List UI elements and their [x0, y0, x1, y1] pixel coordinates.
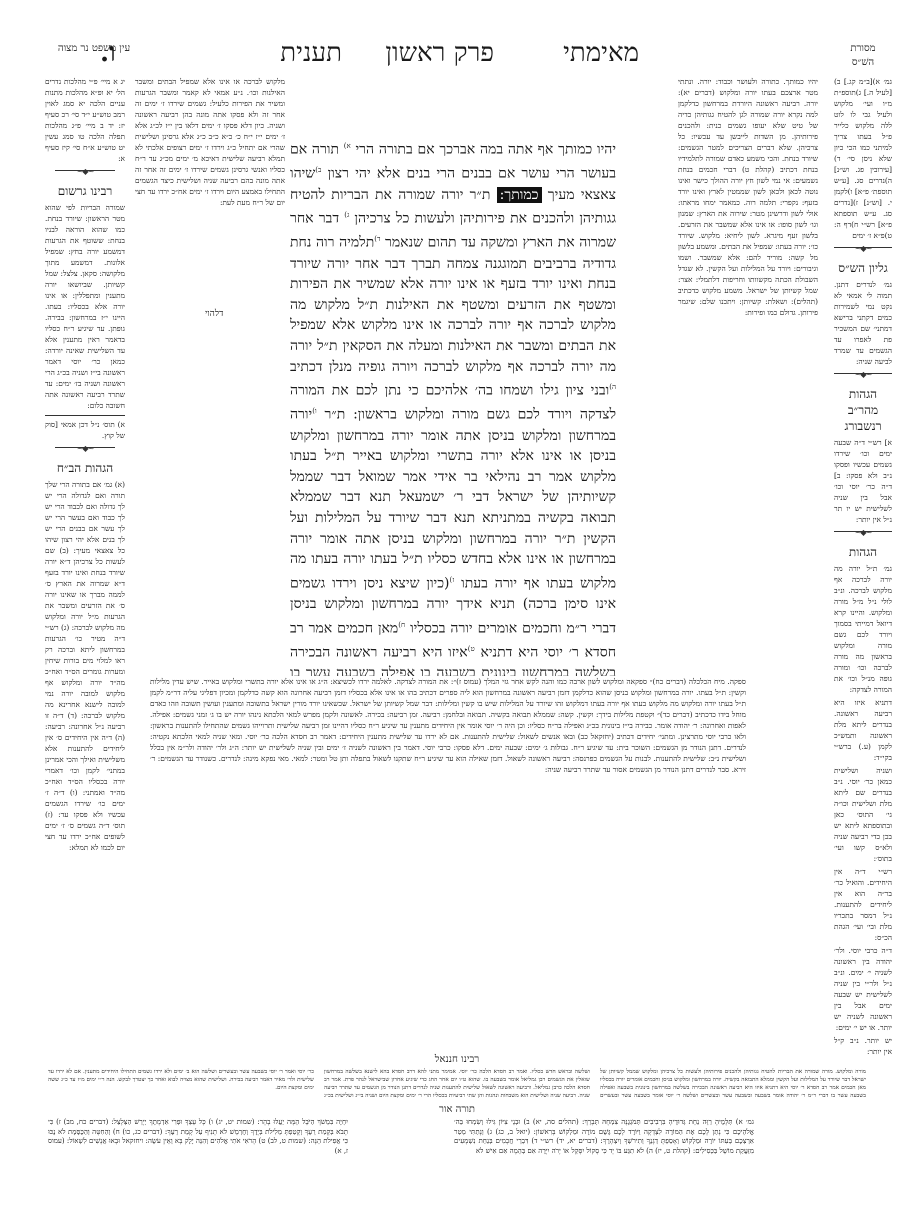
- footnote-marker: ט): [468, 645, 475, 653]
- gemara-segment: ובני ציון גילו ושמחו בה׳ אלהיכם כי נתן ל…: [290, 383, 616, 423]
- talmud-page: מסורת השׁ״ס מאימתי פרק ראשון תענית ו. עי…: [0, 0, 914, 1213]
- rabbeinu-gershom-footnote: א) תוס׳ נ״ל דכן אמאי [סוק של קוץ.: [45, 415, 125, 441]
- hagahot-maharav-title: הגהות מהר״ב רנשבורג: [834, 386, 892, 434]
- perek-label: פרק ראשון: [385, 38, 494, 68]
- tosafot-text: מלקוש לברכה או אינו אלא שמפיל הבתים ומשב…: [135, 76, 285, 208]
- torah-or-left: יִחְיֶה בִּמְשֹׁךְ הַיֹּבֵל הֵמָּה יַעֲל…: [48, 1118, 348, 1156]
- divider-ornament: ~◆~: [45, 170, 125, 177]
- divider-ornament: ~◆~: [45, 447, 125, 454]
- hagahot-item: ושניה ושלישית כמאן כר׳ יוסי. נ״ב בנדרים …: [834, 765, 892, 864]
- hagahot-item: דתניא איזו היא רביעה ראשונה. בנדרים ליתא…: [834, 697, 892, 763]
- hagahot-title: הגהות: [834, 544, 892, 560]
- torah-or-title: תורה אור: [0, 1104, 914, 1115]
- hagahot-item: רש״י ד״ה אין היחידים. והואיל כר׳ בר״ה הו…: [834, 866, 892, 943]
- ein-mishpat-text: יג א מיי׳ פ״י מהלכות נדרים הל׳ יא ופ״א מ…: [45, 76, 125, 164]
- gemara-segment: תלמיה רוה נחת גדודיה ברביבים תמוגגנה צמח…: [290, 235, 616, 375]
- divider-ornament: ~◆~: [834, 373, 892, 380]
- footnote-marker: א): [344, 142, 351, 150]
- tosafot-catchword: דלהוי: [205, 308, 223, 319]
- divider-ornament: ~◆~: [834, 247, 892, 254]
- left-sidebar: יג א מיי׳ פ״י מהלכות נדרים הל׳ יא ופ״א מ…: [45, 76, 125, 1046]
- ein-mishpat-heading: עין משפט נר מצוה: [54, 42, 134, 56]
- rabbeinu-chananel-title: רבינו חננאל: [0, 1054, 914, 1065]
- hagahot-item: ד״ה כרבי יוסי. ולר׳ יהודה בין ראשונה לשנ…: [834, 945, 892, 1033]
- chapter-name: מאימתי: [563, 38, 639, 68]
- masoret-hashas-heading: מסורת השׁ״ס: [838, 42, 888, 70]
- hagahot-maharav-text: א] רש״י ד״ה שבעה ימים וכו׳ שירדו גשמים ע…: [834, 437, 892, 525]
- divider-ornament: ~◆~: [834, 531, 892, 538]
- highlighted-word: כמותך:: [497, 187, 542, 203]
- tractate-name: תענית: [280, 38, 342, 68]
- rashi-text: יהיו כמותך. כתורה ולעושר וכבוד: יורה. ונ…: [678, 76, 818, 318]
- rabbeinu-gershom-text: שמורה הבריות לפי שהוא מטר הראשון: שיורד …: [45, 202, 125, 411]
- lower-commentary-text: ספקה. מיח הכלכלה (דברים כח)״ ספקאה ומלקו…: [150, 676, 746, 775]
- torah-or-right: גמ׳ א) תְּלָמֶיהָ רַוֵּה נַחֵת גְּדוּדֶי…: [454, 1118, 754, 1156]
- hagahot-item: יש יותר. נ״ב ק״ל אין יותר:: [834, 1035, 892, 1056]
- hagahot-item: גמ׳ ת״ל יורה מה יורה לברכה אף מלקוש לברכ…: [834, 563, 892, 695]
- rabbeinu-gershom-title: רבינו גרשום: [45, 183, 125, 199]
- hagahot-habach-text: (א) גמ׳ אם בתורה הרי שלך תורה ואם לגדולה…: [45, 479, 125, 853]
- masoret-hashas-text: גמ׳ א)[ב״מ קג.] ב)[לעיל ה.] ג)תוספ״ת מ״ו…: [834, 76, 892, 241]
- gilyon-hashas-text: גמ׳ לנדרים דתנן. תמוה לי אמאי לא נקט נמי…: [834, 279, 892, 367]
- gemara-segment: יורה במרחשון ומלקוש בניסן אתה אומר יורה …: [290, 407, 616, 591]
- rashi-commentary: יהיו כמותך. כתורה ולעושר וכבוד: יורה. ונ…: [678, 76, 818, 766]
- rabbeinu-chananel-text: מורה ומלקוש. מורה שמורה את הבריות להטיח …: [48, 1068, 866, 1100]
- gemara-text: יהיו כמותך אף אתה במה אברכך אם בתורה הרי…: [290, 136, 616, 676]
- gilyon-hashas-title: גליון הש״ס: [834, 260, 892, 276]
- gemara-segment: יהיו כמותך אף אתה במה אברכך אם בתורה הרי: [351, 142, 616, 158]
- tosafot-commentary: מלקוש לברכה או אינו אלא שמפיל הבתים ומשב…: [135, 76, 285, 766]
- footnote-marker: ה): [609, 383, 616, 391]
- lower-commentary: ספקה. מיח הכלכלה (דברים כח)״ ספקאה ומלקו…: [150, 676, 746, 1036]
- hagahot-habach-title: הגהות הב״ח: [45, 460, 125, 476]
- right-sidebar: גמ׳ א)[ב״מ קג.] ב)[לעיל ה.] ג)תוספ״ת מ״ו…: [834, 76, 892, 1056]
